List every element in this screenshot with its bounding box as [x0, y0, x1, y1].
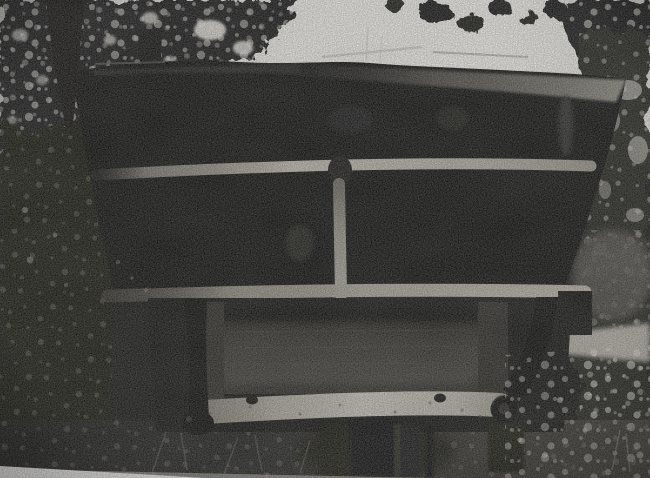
photo-canvas — [0, 0, 650, 478]
photograph — [0, 0, 650, 478]
vignette — [0, 0, 650, 478]
